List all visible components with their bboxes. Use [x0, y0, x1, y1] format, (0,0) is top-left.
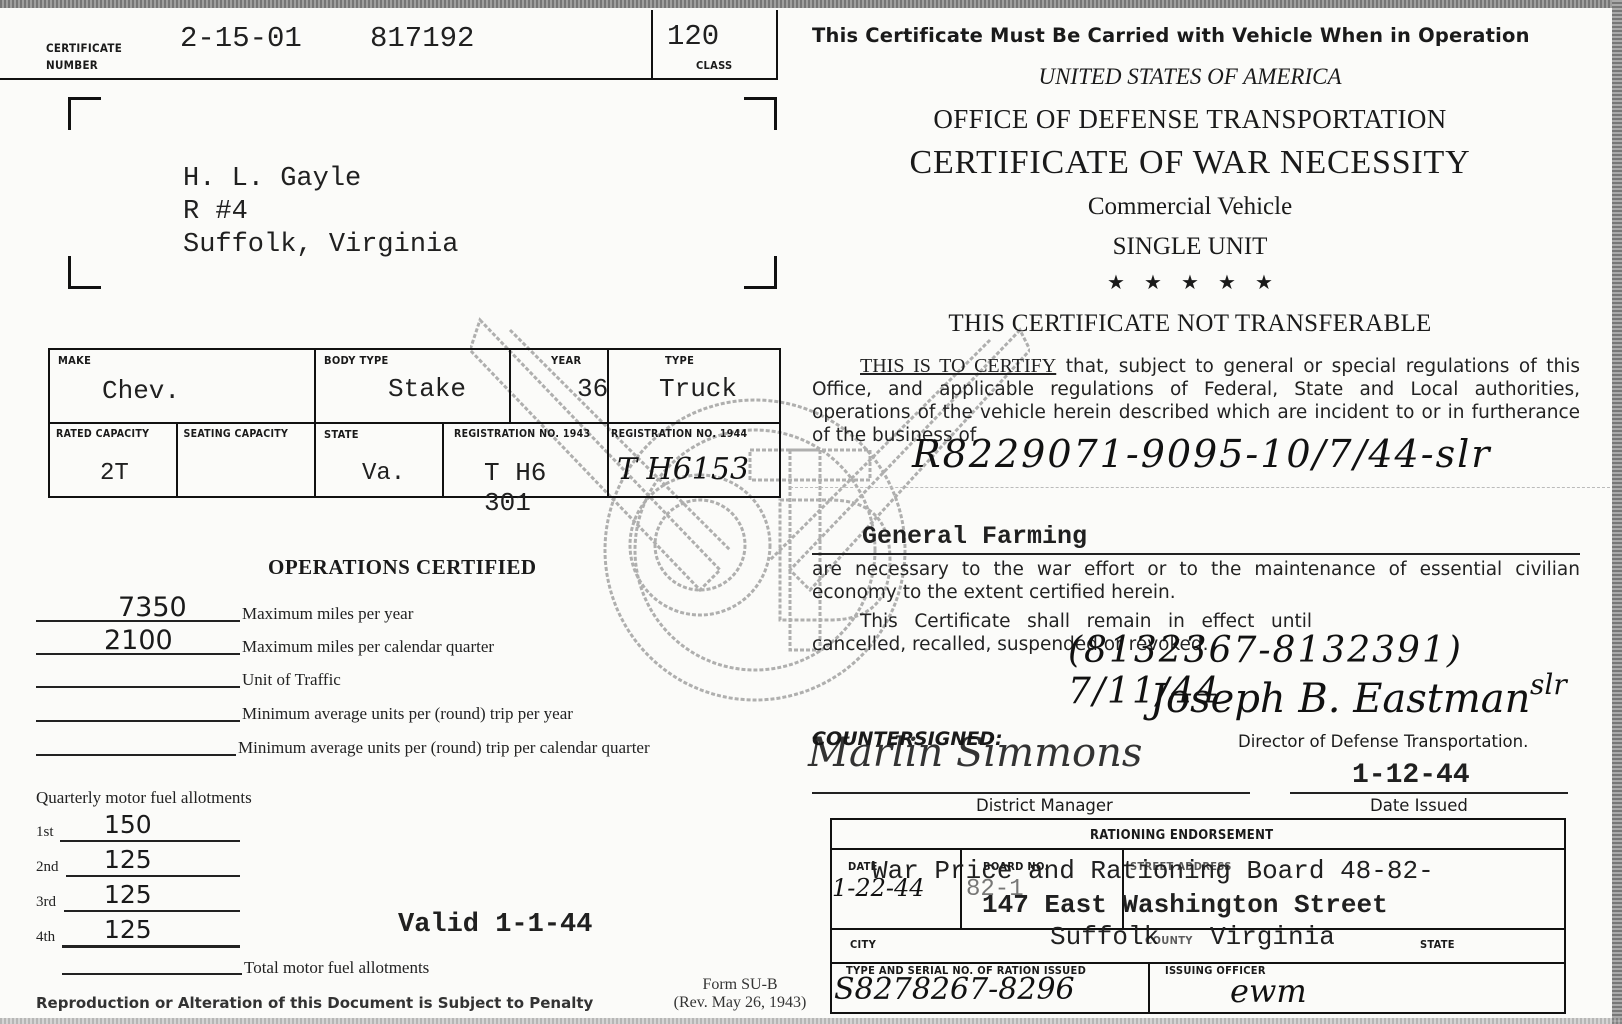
- min-units-year-label: Minimum average units per (round) trip p…: [242, 704, 573, 724]
- state-cell: STATE Va.: [315, 423, 443, 497]
- unit-of-traffic-label: Unit of Traffic: [242, 670, 341, 690]
- address-corner-bottom-right: [744, 256, 777, 289]
- make-label: MAKE: [58, 354, 91, 367]
- certificate-number-part1: 2-15-01: [180, 22, 302, 55]
- director-signature: Joseph B. Eastman: [1150, 676, 1530, 722]
- max-miles-quarter-label: Maximum miles per calendar quarter: [242, 637, 494, 657]
- business-line: [812, 553, 1580, 555]
- address-route: R #4: [183, 196, 458, 229]
- rationing-county-label: COUNTY: [1145, 934, 1193, 947]
- certificate-title: CERTIFICATE OF WAR NECESSITY: [800, 144, 1580, 182]
- quarter-value: 125: [104, 880, 152, 909]
- address-name: H. L. Gayle: [183, 163, 458, 196]
- body-type-label: BODY TYPE: [324, 354, 389, 367]
- class-value: 120: [667, 20, 719, 53]
- address-city: Suffolk, Virginia: [183, 229, 458, 262]
- form-number: Form SU-B: [650, 976, 830, 994]
- vehicle-table: MAKE Chev. BODY TYPE Stake YEAR 36 TYPE …: [48, 348, 781, 498]
- registration-1944-value: T H6153: [617, 452, 749, 487]
- operations-row: Unit of Traffic: [36, 656, 776, 690]
- seating-capacity-label: SEATING CAPACITY: [184, 428, 289, 440]
- rationing-serial-value: S8278267-8296: [834, 972, 1075, 1007]
- rated-capacity-label: RATED CAPACITY: [56, 428, 149, 440]
- operations-row: Minimum average units per (round) trip p…: [36, 690, 776, 724]
- necessary-paragraph: are necessary to the war effort or to th…: [812, 558, 1580, 604]
- district-manager-label: District Manager: [976, 796, 1113, 815]
- fuel-quarters: 1st 150 2nd 125 3rd 125 4th 125: [36, 810, 276, 950]
- max-miles-year-label: Maximum miles per year: [242, 604, 413, 624]
- operations-title: OPERATIONS CERTIFIED: [268, 555, 537, 580]
- operations-list: 7350 Maximum miles per year 2100 Maximum…: [36, 590, 776, 758]
- date-issued-line: [1290, 792, 1568, 794]
- registration-1943-value: T H6 301: [484, 458, 607, 518]
- state-label: STATE: [324, 428, 359, 441]
- rationing-state-value: Virginia: [1210, 922, 1335, 952]
- registration-1943-cell: REGISTRATION NO. 1943 T H6 301: [443, 423, 608, 497]
- rated-capacity-cell: RATED CAPACITY 2T: [49, 423, 177, 497]
- year-label: YEAR: [551, 354, 581, 367]
- quarter-label: 3rd: [36, 894, 56, 911]
- divider: [776, 10, 778, 78]
- operations-row: 7350 Maximum miles per year: [36, 590, 776, 623]
- make-value: Chev.: [102, 376, 180, 406]
- quarter-value: 150: [104, 810, 152, 839]
- quarter-label: 1st: [36, 824, 54, 841]
- country-heading: UNITED STATES OF AMERICA: [800, 64, 1580, 90]
- business-value: General Farming: [862, 522, 1087, 551]
- rationing-board-name: War Price and Rationing Board 48-82-: [872, 856, 1434, 886]
- date-issued-label: Date Issued: [1370, 796, 1468, 815]
- operations-row: Minimum average units per (round) trip p…: [36, 724, 776, 758]
- page-bottom-edge: [0, 1018, 1622, 1024]
- total-fuel-label: Total motor fuel allotments: [244, 958, 429, 978]
- rationing-state-label: STATE: [1420, 938, 1455, 951]
- max-miles-quarter-value: 2100: [104, 625, 173, 656]
- star-row-icon: ★ ★ ★ ★ ★: [800, 270, 1580, 294]
- year-value: 36: [577, 374, 608, 404]
- address-block: H. L. Gayle R #4 Suffolk, Virginia: [183, 163, 458, 262]
- state-value: Va.: [362, 460, 405, 487]
- form-id: Form SU-B (Rev. May 26, 1943): [650, 976, 830, 1012]
- quarter-value: 125: [104, 915, 152, 944]
- fold-line: [790, 487, 1610, 488]
- registration-1944-cell: REGISTRATION NO. 1944 T H6153: [608, 423, 780, 497]
- fuel-row-2nd: 2nd 125: [36, 845, 276, 880]
- handwritten-initials: slr: [1530, 668, 1567, 701]
- address-corner-top-left: [68, 97, 101, 130]
- type-label: TYPE: [665, 354, 694, 367]
- valid-date: Valid 1-1-44: [398, 910, 592, 940]
- not-transferable-heading: THIS CERTIFICATE NOT TRANSFERABLE: [800, 310, 1580, 338]
- form-revision: (Rev. May 26, 1943): [650, 994, 830, 1012]
- address-corner-bottom-left: [68, 256, 101, 289]
- fuel-row-3rd: 3rd 125: [36, 880, 276, 915]
- certificate-subtitle: Commercial Vehicle: [800, 193, 1580, 221]
- rated-capacity-value: 2T: [100, 460, 129, 487]
- rationing-city-value: Suffolk: [1050, 922, 1159, 952]
- type-cell: TYPE Truck: [608, 349, 780, 423]
- certificate-number-label: CERTIFICATE NUMBER: [46, 40, 141, 74]
- registration-1944-label: REGISTRATION NO. 1944: [611, 428, 777, 440]
- divider: [651, 10, 653, 78]
- page-top-edge: [0, 0, 1622, 8]
- registration-1943-label: REGISTRATION NO. 1943: [454, 428, 590, 440]
- rationing-city-label: CITY: [850, 938, 876, 951]
- type-value: Truck: [659, 374, 737, 404]
- carry-notice: This Certificate Must Be Carried with Ve…: [812, 24, 1530, 47]
- penalty-notice: Reproduction or Alteration of this Docum…: [36, 994, 593, 1012]
- office-heading: OFFICE OF DEFENSE TRANSPORTATION: [800, 104, 1580, 135]
- body-type-value: Stake: [388, 374, 466, 404]
- address-corner-top-right: [744, 97, 777, 130]
- single-unit-heading: SINGLE UNIT: [800, 233, 1580, 261]
- total-fuel-line: [62, 973, 242, 975]
- handwritten-note-1: R8229071-9095-10/7/44-slr: [912, 432, 1491, 476]
- certificate-number-part2: 817192: [370, 22, 474, 55]
- director-title: Director of Defense Transportation.: [1238, 732, 1528, 751]
- fuel-row-4th: 4th 125: [36, 915, 276, 950]
- operations-row: 2100 Maximum miles per calendar quarter: [36, 623, 776, 656]
- quarter-label: 2nd: [36, 859, 59, 876]
- certify-lead: THIS IS TO CERTIFY: [860, 355, 1056, 377]
- fuel-title: Quarterly motor fuel allotments: [36, 788, 252, 808]
- fuel-row-1st: 1st 150: [36, 810, 276, 845]
- countersign-signature: Marlin Simmons: [808, 730, 1142, 776]
- district-manager-line: [812, 792, 1250, 794]
- make-cell: MAKE Chev.: [49, 349, 315, 423]
- date-issued-value: 1-12-44: [1352, 760, 1470, 791]
- seating-capacity-cell: SEATING CAPACITY: [177, 423, 316, 497]
- rationing-street-value: 147 East Washington Street: [982, 890, 1388, 920]
- page-right-edge: [1612, 0, 1622, 1024]
- min-units-quarter-label: Minimum average units per (round) trip p…: [238, 738, 650, 758]
- quarter-value: 125: [104, 845, 152, 874]
- max-miles-year-value: 7350: [118, 592, 187, 623]
- body-type-cell: BODY TYPE Stake: [315, 349, 510, 423]
- class-label: CLASS: [696, 59, 733, 72]
- quarter-label: 4th: [36, 929, 55, 946]
- rationing-officer-signature: ewm: [1230, 972, 1307, 1010]
- rationing-title: RATIONING ENDORSEMENT: [1090, 828, 1273, 843]
- year-cell: YEAR 36: [510, 349, 608, 423]
